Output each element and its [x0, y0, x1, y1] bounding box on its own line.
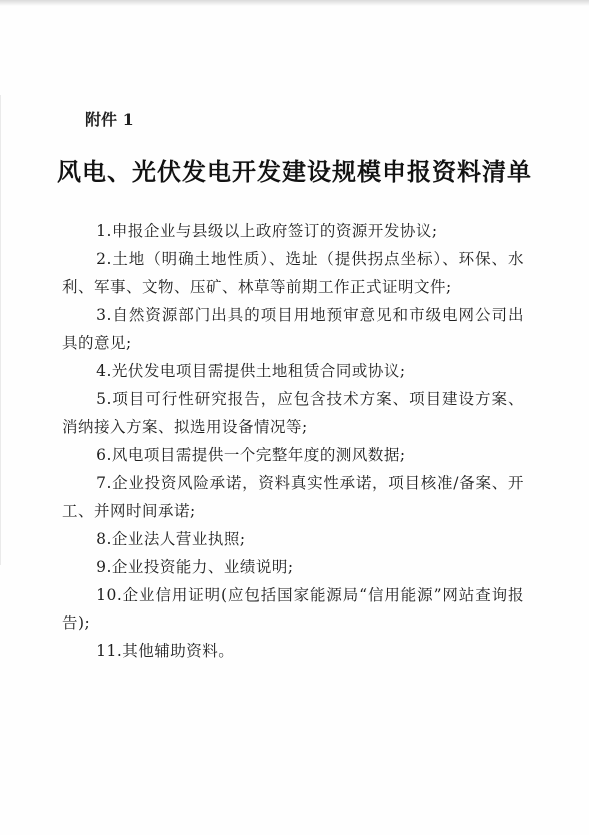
list-item-8: 8.企业法人营业执照; [62, 525, 524, 553]
list-item-7: 7.企业投资风险承诺，资料真实性承诺，项目核准/备案、开工、并网时间承诺; [62, 469, 524, 525]
attachment-label: 附件 1 [85, 107, 134, 130]
document-page: 附件 1 风电、光伏发电开发建设规模申报资料清单 1.申报企业与县级以上政府签订… [0, 0, 589, 835]
list-item-11: 11.其他辅助资料。 [62, 637, 524, 665]
document-body: 1.申报企业与县级以上政府签订的资源开发协议; 2.土地（明确土地性质）、选址（… [62, 217, 524, 665]
list-item-10: 10.企业信用证明(应包括国家能源局“信用能源”网站查询报告); [62, 581, 524, 637]
list-item-5: 5.项目可行性研究报告，应包含技术方案、项目建设方案、消纳接入方案、拟选用设备情… [62, 385, 524, 441]
list-item-4: 4.光伏发电项目需提供土地租赁合同或协议; [62, 357, 524, 385]
list-item-3: 3.自然资源部门出具的项目用地预审意见和市级电网公司出具的意见; [62, 301, 524, 357]
list-item-1: 1.申报企业与县级以上政府签订的资源开发协议; [62, 217, 524, 245]
list-item-6: 6.风电项目需提供一个完整年度的测风数据; [62, 441, 524, 469]
list-item-9: 9.企业投资能力、业绩说明; [62, 553, 524, 581]
document-title: 风电、光伏发电开发建设规模申报资料清单 [0, 152, 589, 187]
list-item-2: 2.土地（明确土地性质）、选址（提供拐点坐标）、环保、水利、军事、文物、压矿、林… [62, 245, 524, 301]
top-edge-shadow [0, 0, 589, 6]
